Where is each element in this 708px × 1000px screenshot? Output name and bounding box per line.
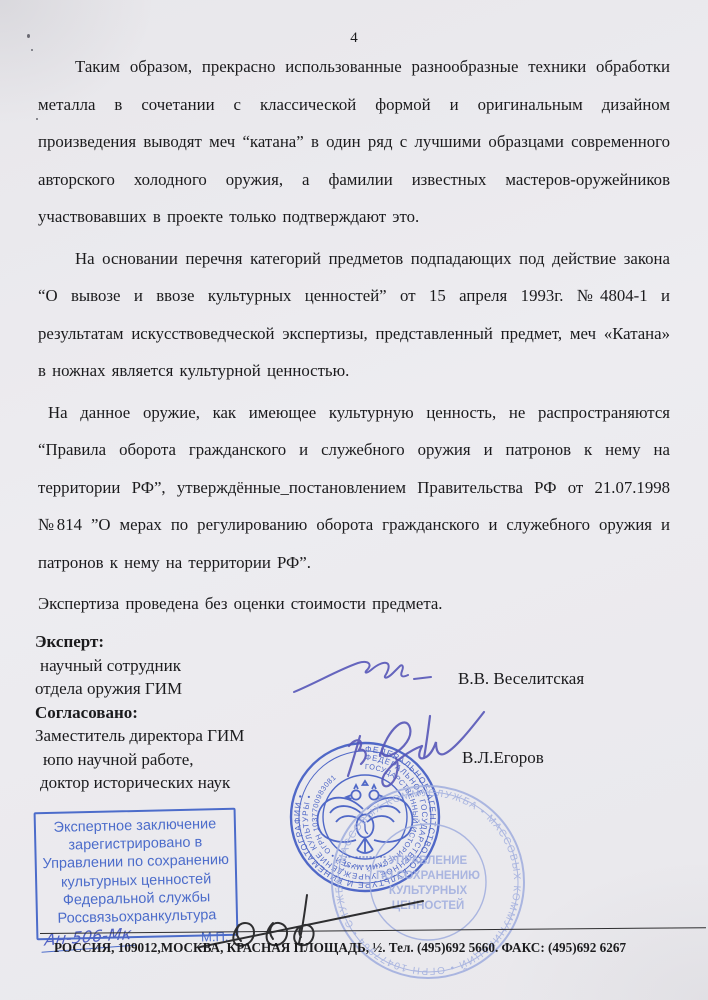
document-page: 4 Таким образом, прекрасно использованны…: [0, 0, 708, 1000]
expert-name: В.В. Веселитская: [458, 669, 584, 689]
expert-role: научный сотрудник: [35, 654, 244, 678]
body-paragraph: Таким образом, прекрасно использованные …: [38, 48, 670, 236]
body-paragraph: Экспертиза проведена без оценки стоимост…: [38, 585, 670, 623]
expert-label: Эксперт:: [35, 630, 244, 654]
svg-text:ПО СОХРАНЕНИЮ: ПО СОХРАНЕНИЮ: [376, 870, 480, 882]
body-paragraph: На данное оружие, как имеющее культурную…: [38, 394, 670, 582]
svg-text:УПРАВЛЕНИЕ: УПРАВЛЕНИЕ: [389, 855, 468, 867]
page-number: 4: [0, 30, 708, 47]
paper-speck: [31, 49, 33, 51]
document-body: Таким образом, прекрасно использованные …: [38, 48, 670, 627]
agreed-label: Согласовано:: [35, 701, 244, 725]
agreed-role: Заместитель директора ГИМ: [35, 724, 244, 748]
signoff-block: Эксперт: научный сотрудник отдела оружия…: [35, 630, 244, 795]
expert-signature: [290, 640, 440, 700]
agreed-role: юпо научной работе,: [35, 748, 244, 772]
footer-address: РОССИЯ, 109012,МОСКВА, КРАСНАЯ ПЛОЩАДЬ, …: [30, 940, 650, 956]
body-paragraph: На основании перечня категорий предметов…: [38, 240, 670, 390]
expert-role: отдела оружия ГИМ: [35, 677, 244, 701]
agreed-role: доктор исторических наук: [35, 771, 244, 795]
director-signature: [338, 698, 488, 793]
